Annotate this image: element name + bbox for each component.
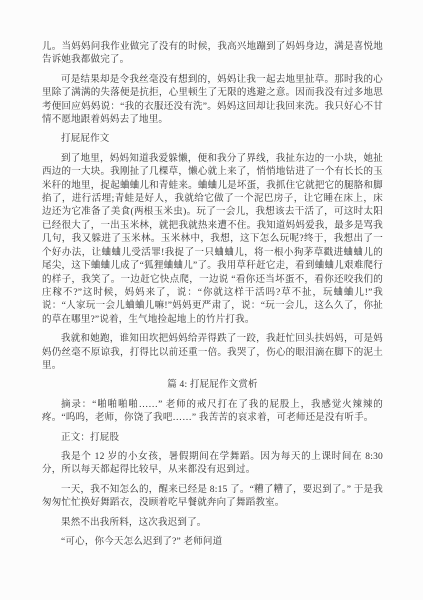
paragraph: 果然不出我所料，这次我迟到了。 [42,517,383,530]
paragraph: 我是个 12 岁的小女孩，暑假期间在学舞蹈。因为每天的上课时间在 8:30 分，… [42,451,383,478]
subheading: 打屁屁作文 [42,133,383,146]
section-heading: 篇 4: 打屁屁作文赏析 [42,379,383,392]
paragraph: 一天，我不知怎么的，醒来已经是 8:15 了。“糟了糟了，要迟到了。” 于是我匆… [42,484,383,511]
paragraph: 儿。当妈妈问我作业做完了没有的时候，我高兴地蹦到了妈妈身边，满是喜悦地告诉她我都… [42,41,383,68]
paragraph: 我就和她跑，谁知田坎把妈妈给弄得跌了一跤，我赶忙回头扶妈妈，可是妈妈仍丝毫不原谅… [42,333,383,373]
document-body: 儿。当妈妈问我作业做完了没有的时候，我高兴地蹦到了妈妈身边，满是喜悦地告诉她我都… [42,41,383,549]
paragraph: 正文：打屁股 [42,432,383,445]
paragraph: 可是结果却是令我丝毫没有想到的，妈妈让我一起去地里扯草。那时我的心里除了满满的失… [42,74,383,128]
paragraph: 摘录：“啪啪啪啪……” 老师的戒尺打在了我的屁股上，我感觉火辣辣的疼。“呜呜，老… [42,399,383,426]
paragraph: “可心，你今天怎么迟到了?” 老师问道 [42,536,383,549]
document-page: 儿。当妈妈问我作业做完了没有的时候，我高兴地蹦到了妈妈身边，满是喜悦地告诉她我都… [0,0,423,600]
paragraph: 到了地里，妈妈知道我爱躲懒，便和我分了界线，我扯东边的一小块，她扯西边的一大块。… [42,153,383,327]
